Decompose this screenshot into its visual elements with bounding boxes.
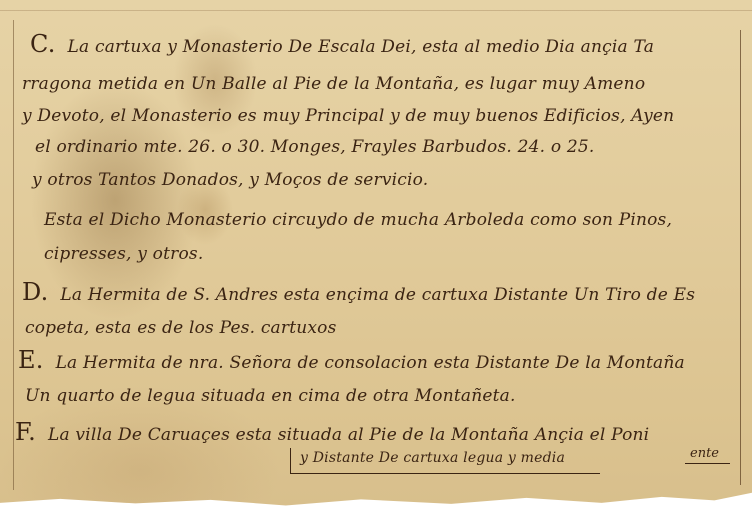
entry-marker-d: D. xyxy=(22,278,48,306)
entry-e-line-1: E.La Hermita de nra. Señora de consolaci… xyxy=(18,346,685,374)
entry-d-line-1: D.La Hermita de S. Andres esta ençima de… xyxy=(22,278,695,306)
entry-c-line-2: rragona metida en Un Balle al Pie de la … xyxy=(22,74,645,94)
suffix-underline xyxy=(685,463,730,464)
entry-d-line-2: copeta, esta es de los Pes. cartuxos xyxy=(25,318,337,338)
fold-line xyxy=(0,10,752,11)
entry-f-line-2: y Distante De cartuxa legua y media xyxy=(300,450,565,466)
manuscript-page: C.La cartuxa y Monasterio De Escala Dei,… xyxy=(0,0,752,508)
entry-c-line-5: y otros Tantos Donados, y Moços de servi… xyxy=(32,170,428,190)
entry-c-line-1: C.La cartuxa y Monasterio De Escala Dei,… xyxy=(30,30,654,58)
entry-f-line-1: F.La villa De Caruaçes esta situada al P… xyxy=(15,418,649,446)
entry-f-suffix: ente xyxy=(690,446,719,461)
entry-c-line-3: y Devoto, el Monasterio es muy Principal… xyxy=(22,106,674,126)
entry-c-line-4: el ordinario mte. 26. o 30. Monges, Fray… xyxy=(35,137,595,157)
entry-c2-line-2: cipresses, y otros. xyxy=(44,244,203,264)
entry-marker-c: C. xyxy=(30,30,56,58)
entry-c2-line-1: Esta el Dicho Monasterio circuydo de muc… xyxy=(44,210,672,230)
entry-e-line-2: Un quarto de legua situada en cima de ot… xyxy=(25,386,516,406)
right-margin-rule xyxy=(740,30,741,485)
left-margin-rule xyxy=(13,20,14,490)
entry-marker-e: E. xyxy=(18,346,44,374)
underline-rule xyxy=(290,473,600,474)
bracket-mark xyxy=(290,448,291,474)
entry-marker-f: F. xyxy=(15,418,36,446)
